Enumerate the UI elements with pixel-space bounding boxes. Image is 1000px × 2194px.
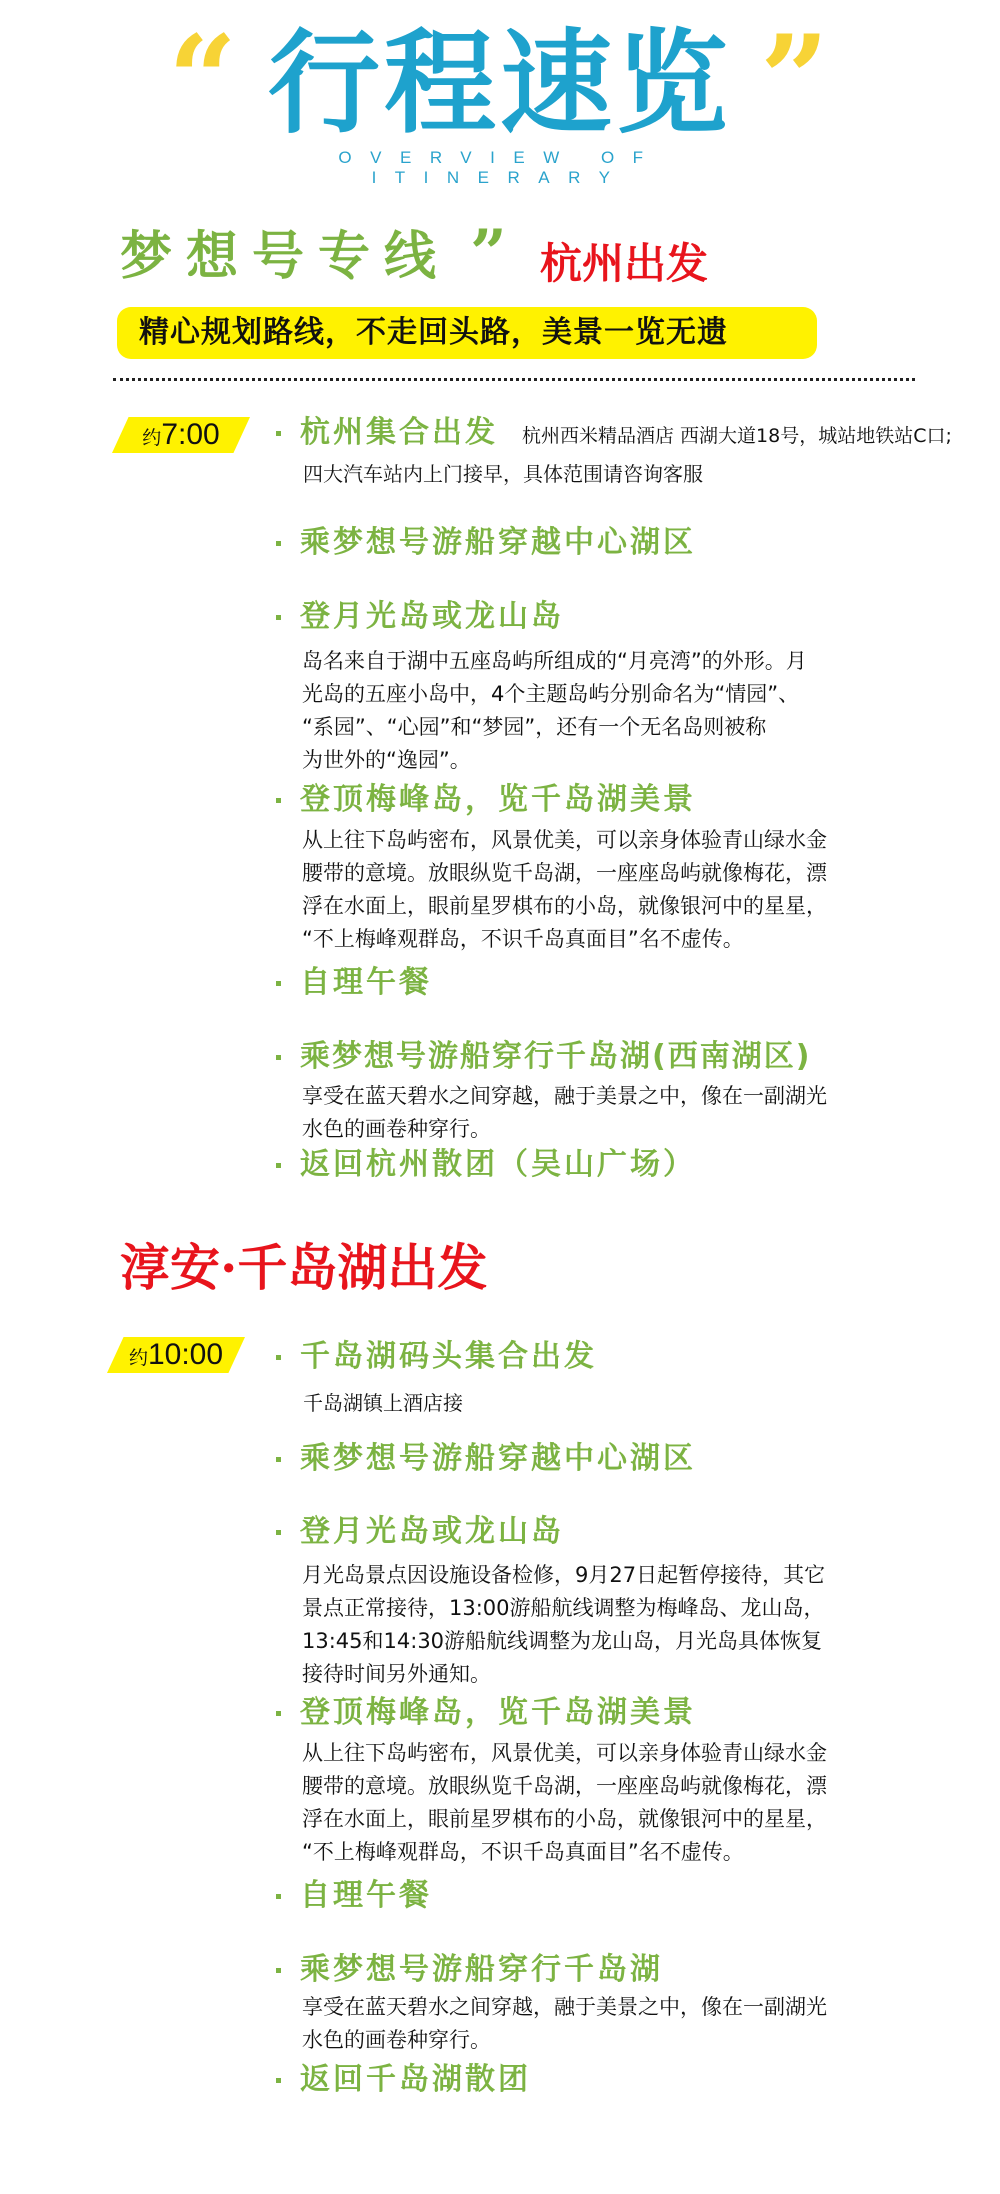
item-description: 月光岛景点因设施设备检修，9月27日起暂停接待，其它 景点正常接待，13:00游… <box>302 1559 902 1691</box>
route-quote-icon: ” <box>470 222 507 286</box>
bullet-icon <box>276 1457 281 1462</box>
item-title: 登月光岛或龙山岛 <box>300 1513 564 1551</box>
item-title: 登顶梅峰岛，览千岛湖美景 <box>300 781 696 819</box>
bullet-icon <box>276 798 281 803</box>
bullet-icon <box>276 981 281 986</box>
pickup-note: 四大汽车站内上门接早，具体范围请咨询客服 <box>303 458 703 487</box>
item-title: 乘梦想号游船穿行千岛湖(西南湖区) <box>300 1038 811 1076</box>
departure-heading-chunan: 淳安·千岛湖出发 <box>120 1240 487 1296</box>
pickup-note: 千岛湖镇上酒店接 <box>303 1387 463 1416</box>
bullet-icon <box>276 1894 281 1899</box>
page-subtitle: OVERVIEW OF ITINERARY <box>230 148 770 188</box>
item-title: 自理午餐 <box>300 1877 432 1915</box>
departure-heading-hangzhou: 杭州出发 <box>540 240 708 288</box>
close-quote-icon: ” <box>760 20 829 140</box>
route-name: 梦想号专线 <box>120 224 450 290</box>
bullet-icon <box>276 541 281 546</box>
slogan-banner: 精心规划路线，不走回头路，美景一览无遗 <box>117 307 817 359</box>
open-quote-icon: “ <box>168 20 237 140</box>
time-badge: 约10:00 <box>107 1337 245 1373</box>
badge-prefix: 约 <box>129 1347 148 1369</box>
bullet-icon <box>276 615 281 620</box>
badge-time: 7:00 <box>161 418 219 451</box>
item-title: 乘梦想号游船穿行千岛湖 <box>300 1951 663 1989</box>
time-badge: 约7:00 <box>112 417 250 453</box>
bullet-icon <box>276 1355 281 1360</box>
item-description: 岛名来自于湖中五座岛屿所组成的“月亮湾”的外形。月 光岛的五座小岛中，4个主题岛… <box>302 645 902 777</box>
item-title: 返回杭州散团（吴山广场） <box>300 1146 696 1184</box>
badge-time: 10:00 <box>148 1338 223 1371</box>
item-description: 享受在蓝天碧水之间穿越，融于美景之中，像在一副湖光 水色的画卷种穿行。 <box>302 1080 902 1146</box>
item-description: 从上往下岛屿密布，风景优美，可以亲身体验青山绿水金 腰带的意境。放眼纵览千岛湖，… <box>302 824 902 956</box>
bullet-icon <box>276 1711 281 1716</box>
badge-prefix: 约 <box>142 427 161 449</box>
item-title: 乘梦想号游船穿越中心湖区 <box>300 1440 696 1478</box>
item-description: 从上往下岛屿密布，风景优美，可以亲身体验青山绿水金 腰带的意境。放眼纵览千岛湖，… <box>302 1737 902 1869</box>
item-title: 登顶梅峰岛，览千岛湖美景 <box>300 1694 696 1732</box>
item-title: 登月光岛或龙山岛 <box>300 598 564 636</box>
bullet-icon <box>276 2078 281 2083</box>
item-title: 乘梦想号游船穿越中心湖区 <box>300 524 696 562</box>
slogan-text: 精心规划路线，不走回头路，美景一览无遗 <box>139 314 728 352</box>
item-title: 杭州集合出发 <box>300 414 498 452</box>
item-title: 千岛湖码头集合出发 <box>300 1338 597 1376</box>
bullet-icon <box>276 431 281 436</box>
item-title: 返回千岛湖散团 <box>300 2061 531 2099</box>
bullet-icon <box>276 1968 281 1973</box>
item-description: 享受在蓝天碧水之间穿越，融于美景之中，像在一副湖光 水色的画卷种穿行。 <box>302 1991 902 2057</box>
dotted-divider <box>113 378 915 381</box>
page-title: 行程速览 <box>240 22 760 147</box>
bullet-icon <box>276 1530 281 1535</box>
bullet-icon <box>276 1055 281 1060</box>
pickup-address: 杭州西米精品酒店 西湖大道18号，城站地铁站C口; <box>522 421 952 448</box>
item-title: 自理午餐 <box>300 964 432 1002</box>
bullet-icon <box>276 1163 281 1168</box>
